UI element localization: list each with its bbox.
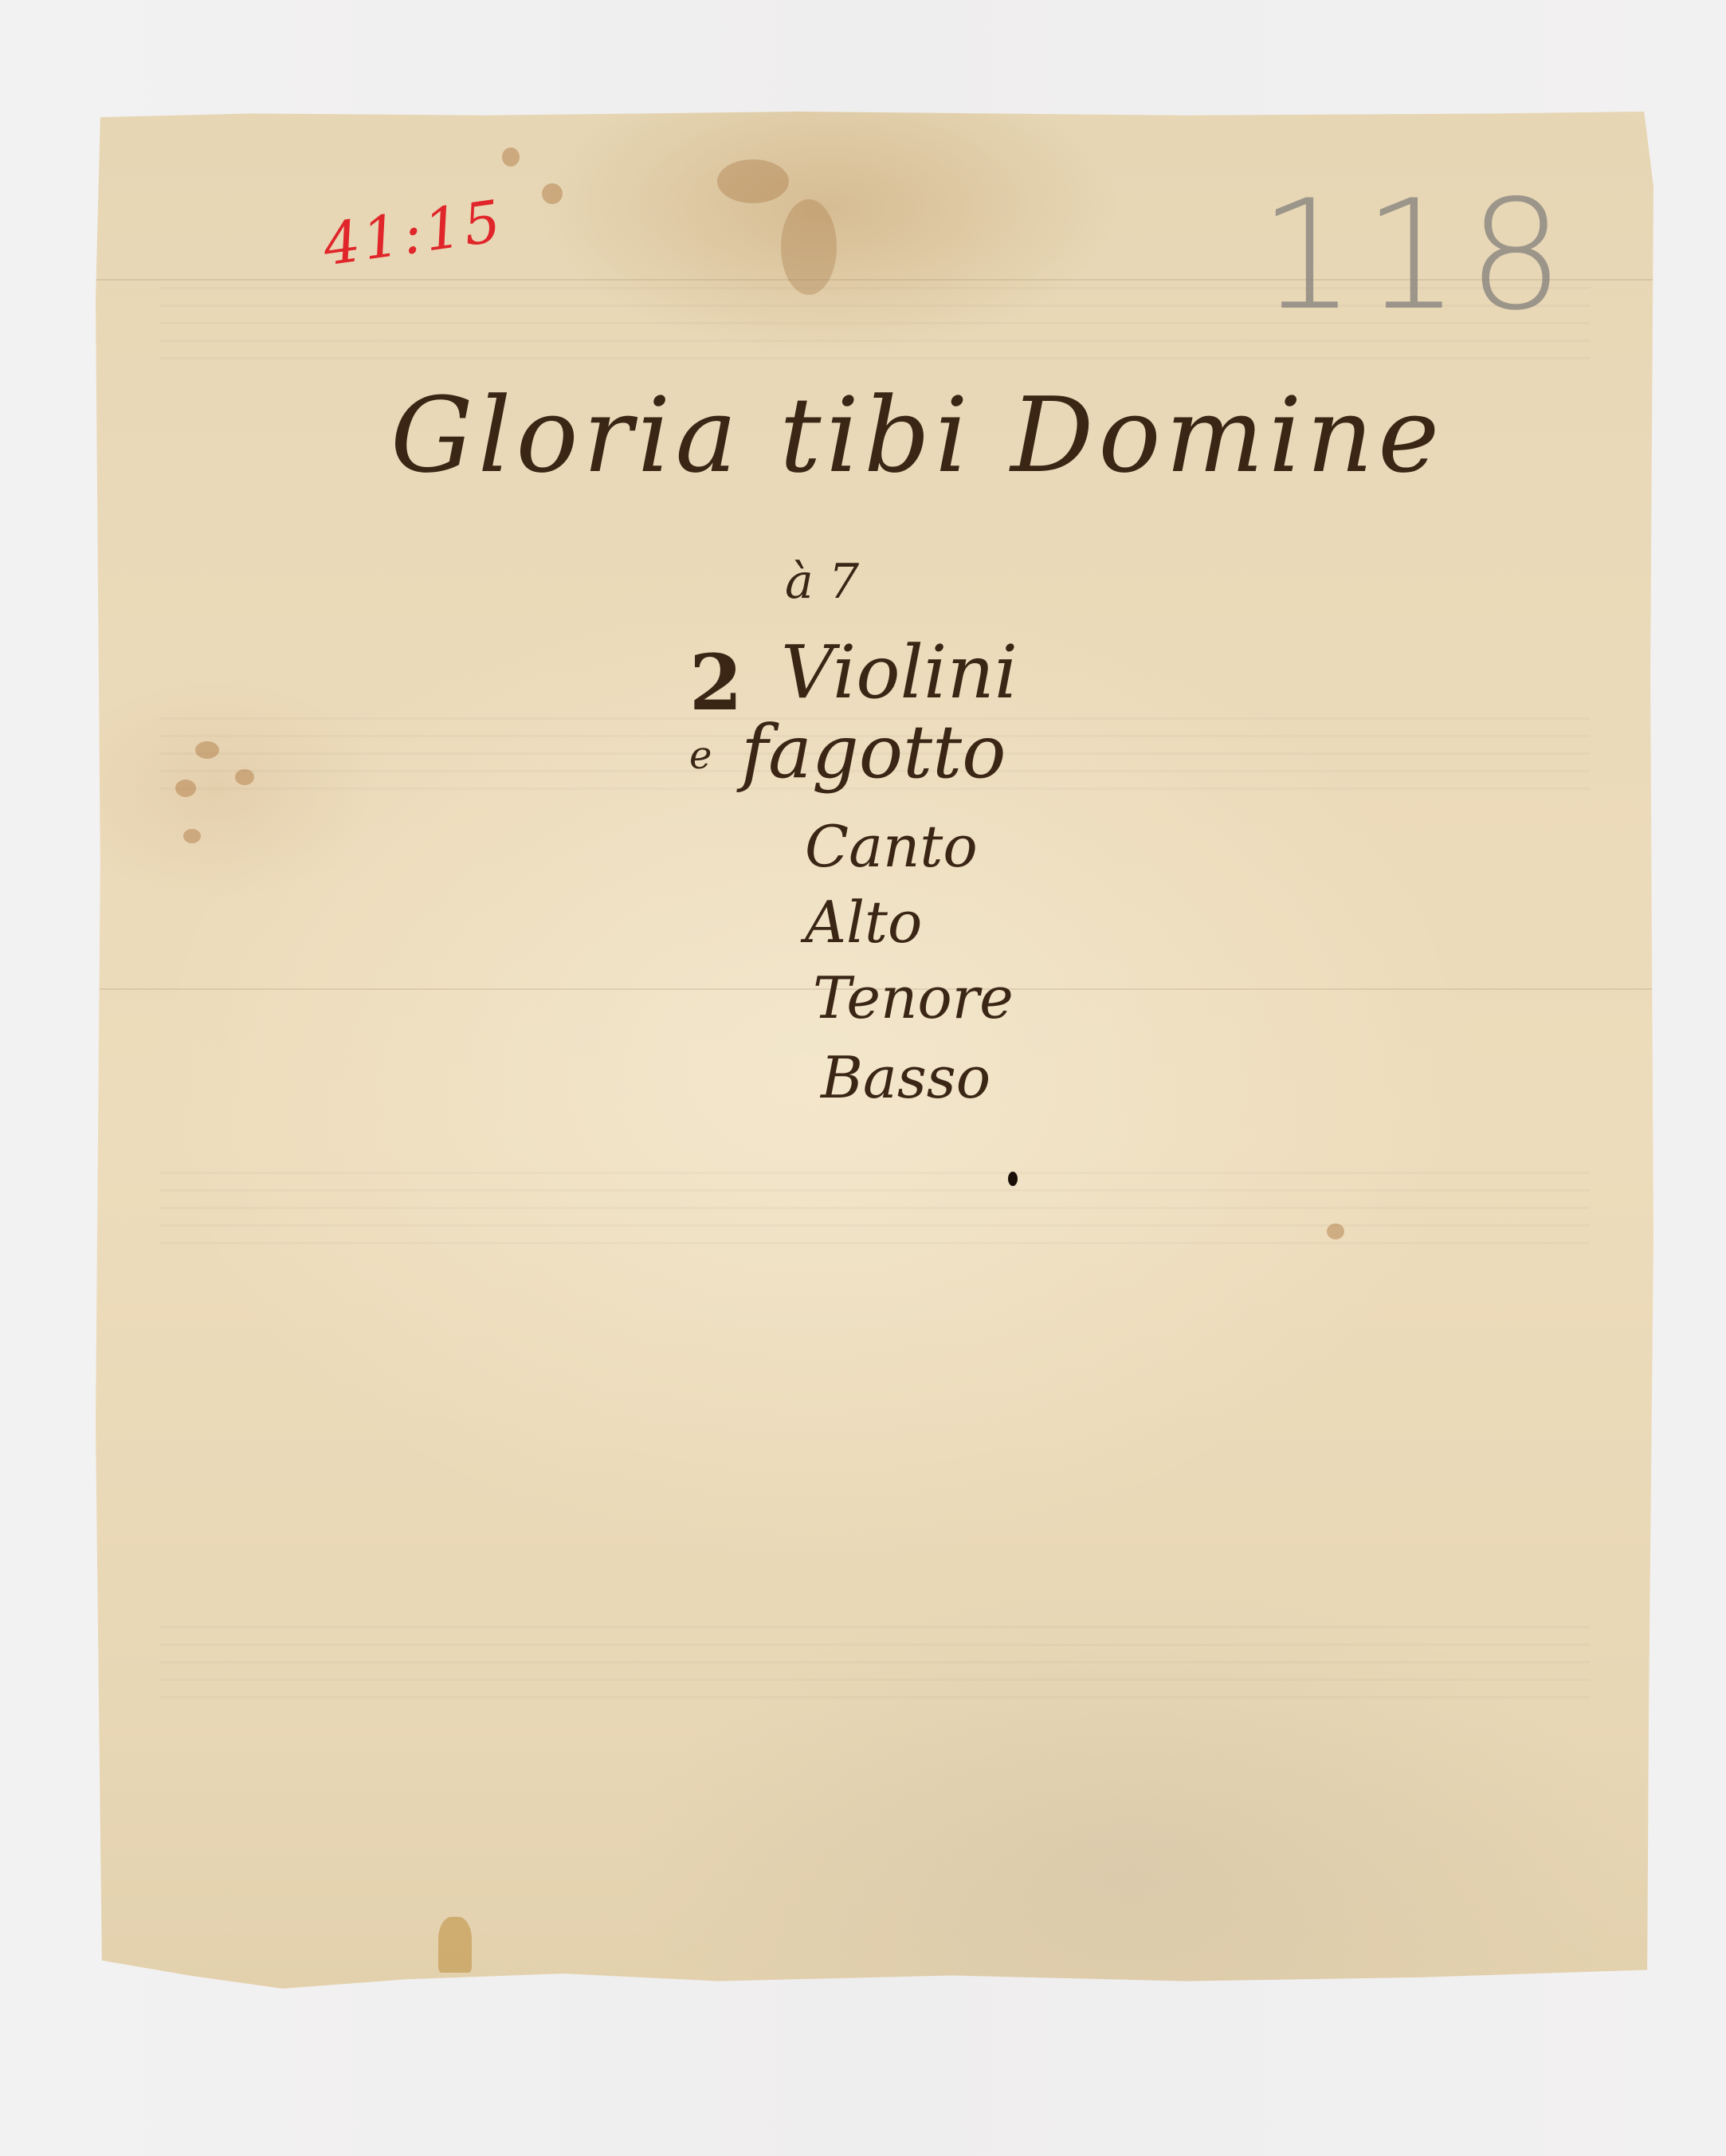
instrument-fagotto: fagotto xyxy=(741,709,1006,795)
voice-basso: Basso xyxy=(821,1044,990,1111)
foxing-stain xyxy=(175,780,196,797)
foxing-stain xyxy=(1327,1223,1344,1239)
foxing-stain xyxy=(542,183,563,204)
conjunction-e: e xyxy=(689,733,712,778)
foxing-stain xyxy=(502,147,520,167)
foxing-stain xyxy=(195,741,219,759)
voice-canto: Canto xyxy=(805,813,978,880)
shelfmark-red: 41:15 xyxy=(319,187,508,279)
ink-blot-stain xyxy=(438,1917,472,1973)
foxing-stain xyxy=(183,829,201,843)
voice-tenore: Tenore xyxy=(813,964,1014,1031)
scoring-header: à 7 xyxy=(785,554,859,610)
violin-count: 2 xyxy=(689,638,743,728)
foxing-stain xyxy=(235,769,254,785)
ink-dot xyxy=(1008,1172,1018,1186)
show-through-staff xyxy=(159,1626,1590,1714)
instrument-violini: Violini xyxy=(781,630,1018,715)
page-title: Gloria tibi Domine xyxy=(390,375,1444,496)
manuscript-sheet: 41:15 118 Gloria tibi Domine à 7 2 Violi… xyxy=(96,112,1653,1989)
show-through-staff xyxy=(159,1172,1590,1259)
voice-alto: Alto xyxy=(805,889,922,956)
water-stain xyxy=(781,199,837,295)
pencil-folio-number: 118 xyxy=(1259,167,1572,344)
water-stain xyxy=(717,159,789,203)
